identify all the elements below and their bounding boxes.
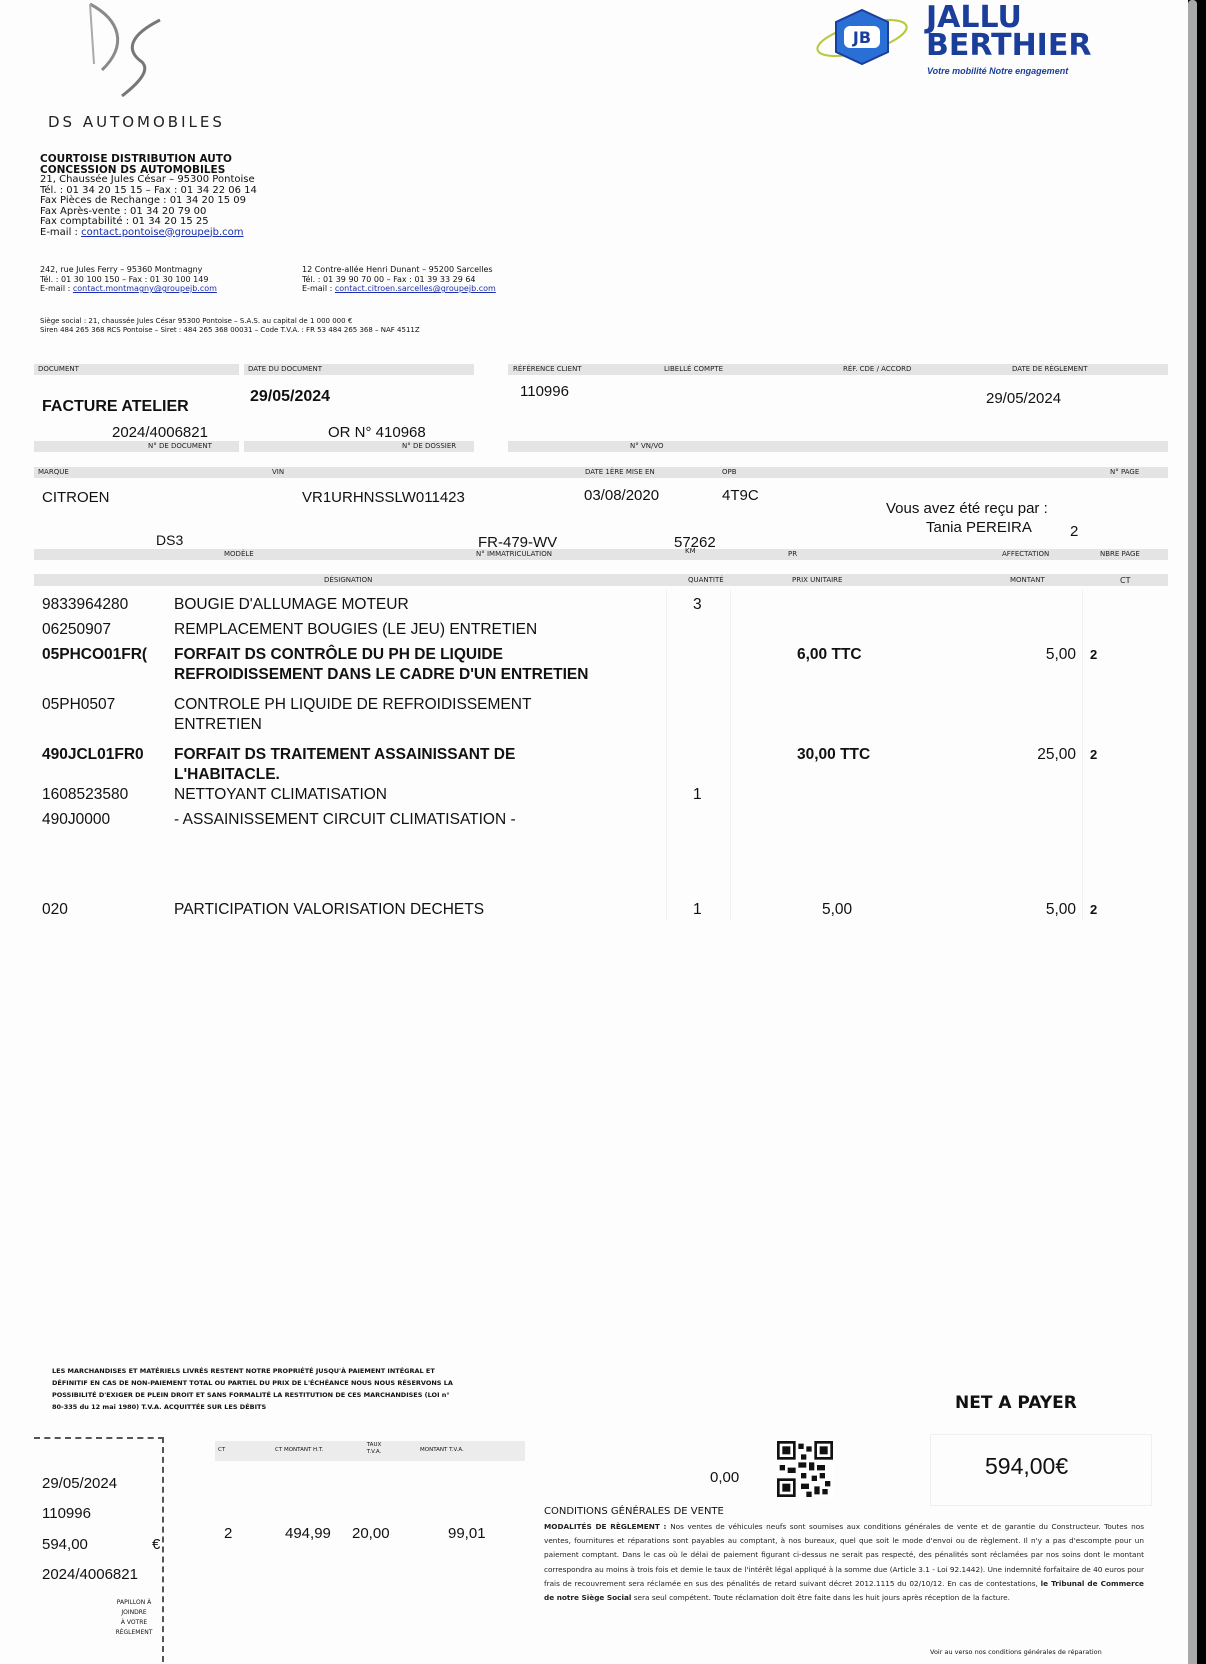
order-number: OR N° 410968 <box>328 424 426 441</box>
reservation-line: 80-335 du 12 mai 1980) T.V.A. ACQUITTÉE … <box>52 1401 453 1413</box>
received-by-name: Tania PEREIRA <box>926 519 1032 536</box>
line-unit-price: 5,00 <box>822 900 852 920</box>
net-to-pay-amount: 594,00€ <box>985 1453 1068 1480</box>
invoice-page: DS AUTOMOBILES JB JALLU BERTHIER Votre m… <box>0 0 1188 1664</box>
line-amount: 25,00 <box>1037 745 1076 765</box>
line-ct: 2 <box>1090 900 1097 920</box>
received-by-label: Vous avez été reçu par : <box>886 500 1048 517</box>
ds-automobiles-brand: DS AUTOMOBILES <box>48 113 225 131</box>
label-page-count: Nbre page <box>1100 549 1140 560</box>
tva-amount: 99,01 <box>448 1525 486 1542</box>
vertical-scrollbar[interactable] <box>1188 0 1197 1664</box>
line-description-2: L'HABITACLE. <box>174 765 280 785</box>
label-payment-date: Date de règlement <box>1012 364 1087 375</box>
line-description: REMPLACEMENT BOUGIES (LE JEU) ENTRETIEN <box>174 620 537 640</box>
line-ref: 020 <box>42 900 68 920</box>
stub-note-line: À VOTRE <box>84 1618 184 1628</box>
label-vin: VIN <box>272 467 284 478</box>
brand-tagline: Votre mobilité Notre engagement <box>927 66 1068 76</box>
reservation-clause: LES MARCHANDISES ET MATÉRIELS LIVRÉS RES… <box>52 1365 453 1413</box>
stub-note: PAPILLON À JOINDRE À VOTRE RÈGLEMENT <box>84 1598 184 1638</box>
line-amount: 5,00 <box>1046 900 1076 920</box>
line-ct: 2 <box>1090 645 1097 665</box>
vehicle-opb: 4T9C <box>722 487 759 504</box>
label-file-number: N° de dossier <box>402 441 456 452</box>
header-unit-price: Prix unitaire <box>792 575 842 586</box>
line-ct: 2 <box>1090 745 1097 765</box>
line-quantity: 1 <box>693 900 702 920</box>
vehicle-model: DS3 <box>156 532 183 548</box>
header-designation: Désignation <box>324 575 372 586</box>
line-description: PARTICIPATION VALORISATION DECHETS <box>174 900 484 920</box>
email-label: E-mail : <box>40 227 81 238</box>
line-ref: 06250907 <box>42 620 111 640</box>
page-number: 2 <box>1070 523 1078 540</box>
stub-note-line: PAPILLON À <box>84 1598 184 1608</box>
stub-amount: 594,00 <box>42 1536 88 1553</box>
company-email-link[interactable]: contact.pontoise@groupejb.com <box>81 227 243 238</box>
label-model: Modèle <box>224 549 254 560</box>
branch-montmagny: 242, rue Jules Ferry – 95360 Montmagny T… <box>40 265 217 294</box>
branch-phone: Tél. : 01 39 90 70 00 – Fax : 01 39 33 2… <box>302 275 496 285</box>
header-quantity: Quantité <box>688 575 724 586</box>
vehicle-brand: CITROEN <box>42 489 110 506</box>
line-ref: 490J0000 <box>42 810 110 830</box>
stub-currency: € <box>152 1536 160 1553</box>
reservation-line: POSSIBILITÉ D'EXIGER DE PLEIN DROIT ET S… <box>52 1389 453 1401</box>
document-date: 29/05/2024 <box>250 388 330 406</box>
tva-base-amount: 494,99 <box>285 1525 331 1542</box>
branch-email-link[interactable]: contact.citroen.sarcelles@groupejb.com <box>335 284 496 293</box>
line-ref: 05PHCO01FR( <box>42 645 147 665</box>
line-ref: 490JCL01FR0 <box>42 745 144 765</box>
legal-line-1: Siège social : 21, chaussée Jules César … <box>40 317 420 326</box>
payment-date: 29/05/2024 <box>986 390 1061 407</box>
email-label: E-mail : <box>302 284 335 293</box>
line-amount: 5,00 <box>1046 645 1076 665</box>
branch-address: 242, rue Jules Ferry – 95360 Montmagny <box>40 265 217 275</box>
line-description: BOUGIE D'ALLUMAGE MOTEUR <box>174 595 409 615</box>
stub-note-line: JOINDRE <box>84 1608 184 1618</box>
label-account: Libellé compte <box>664 364 723 375</box>
ds-logo-icon <box>80 0 170 100</box>
line-unit-price: 6,00 TTC <box>797 645 862 665</box>
tva-header-rate: TAUX T.V.A. <box>360 1442 388 1456</box>
line-ref: 05PH0507 <box>42 695 115 715</box>
verso-note: Voir au verso nos conditions générales d… <box>930 1648 1102 1656</box>
stub-client-ref: 110996 <box>42 1505 91 1522</box>
label-brand: Marque <box>38 467 69 478</box>
brand-line-2: BERTHIER <box>926 32 1091 60</box>
label-first-registration: Date 1ère mise en <box>585 467 655 478</box>
tva-header-amount: MONTANT T.V.A. <box>420 1447 464 1454</box>
label-order-ref: Réf. CDE / Accord <box>843 364 911 375</box>
label-page: N° page <box>1110 467 1139 478</box>
tva-ct: 2 <box>224 1525 232 1542</box>
label-assignment: Affectation <box>1002 549 1049 560</box>
branch-address: 12 Contre-allée Henri Dunant – 95200 Sar… <box>302 265 496 275</box>
line-description: FORFAIT DS CONTRÔLE DU PH DE LIQUIDE <box>174 645 503 665</box>
tva-rate: 20,00 <box>352 1525 390 1542</box>
vehicle-vin: VR1URHNSSLW011423 <box>302 489 465 506</box>
first-registration-date: 03/08/2020 <box>584 487 659 504</box>
branch-email-link[interactable]: contact.montmagny@groupejb.com <box>73 284 217 293</box>
cgv-text: MODALITÉS DE RÈGLEMENT : Nos ventes de v… <box>544 1520 1144 1605</box>
line-ref: 1608523580 <box>42 785 128 805</box>
line-description: NETTOYANT CLIMATISATION <box>174 785 387 805</box>
label-doc-number: N° de document <box>148 441 212 452</box>
branch-phone: Tél. : 01 30 100 150 – Fax : 01 30 100 1… <box>40 275 217 285</box>
company-info: COURTOISE DISTRIBUTION AUTO CONCESSION D… <box>40 154 257 238</box>
label-vn-vo: N° VN/VO <box>630 441 664 452</box>
label-opb: OPB <box>722 467 737 478</box>
stub-note-line: RÈGLEMENT <box>84 1628 184 1638</box>
reservation-line: DÉFINITIF EN CAS DE NON-PAIEMENT TOTAL O… <box>52 1377 453 1389</box>
label-pr: PR <box>788 549 797 560</box>
cgv-title: CONDITIONS GÉNÉRALES DE VENTE <box>544 1506 724 1517</box>
svg-text:JB: JB <box>852 28 871 47</box>
line-description: FORFAIT DS TRAITEMENT ASSAINISSANT DE <box>174 745 515 765</box>
legal-info: Siège social : 21, chaussée Jules César … <box>40 317 420 335</box>
line-description-2: REFROIDISSEMENT DANS LE CADRE D'UN ENTRE… <box>174 665 588 685</box>
line-description-2: ENTRETIEN <box>174 715 262 735</box>
label-plate: N° immatriculation <box>476 549 552 560</box>
stub-doc-number: 2024/4006821 <box>42 1566 138 1583</box>
cgv-tail: sera seul compétent. Toute réclamation d… <box>631 1593 1010 1602</box>
legal-line-2: Siren 484 265 368 RCS Pontoise – Siret :… <box>40 326 420 335</box>
company-name: COURTOISE DISTRIBUTION AUTO <box>40 154 257 165</box>
tva-header-ct: CT <box>218 1447 225 1454</box>
company-fax-parts: Fax Pièces de Rechange : 01 34 20 15 09 <box>40 196 257 207</box>
other-amount: 0,00 <box>710 1469 739 1486</box>
branch-sarcelles: 12 Contre-allée Henri Dunant – 95200 Sar… <box>302 265 496 294</box>
cgv-lead: MODALITÉS DE RÈGLEMENT : <box>544 1522 670 1531</box>
line-quantity: 3 <box>693 595 702 615</box>
label-document: Document <box>38 364 79 375</box>
line-unit-price: 30,00 TTC <box>797 745 870 765</box>
header-amount: Montant <box>1010 575 1045 586</box>
net-to-pay-label: NET A PAYER <box>955 1393 1077 1413</box>
client-ref: 110996 <box>520 383 569 400</box>
label-client-ref: Référence client <box>513 364 582 375</box>
reservation-line: LES MARCHANDISES ET MATÉRIELS LIVRÉS RES… <box>52 1365 453 1377</box>
jallu-berthier-name: JALLU BERTHIER <box>926 4 1091 60</box>
document-type: FACTURE ATELIER <box>42 398 189 416</box>
line-quantity: 1 <box>693 785 702 805</box>
line-description: CONTROLE PH LIQUIDE DE REFROIDISSEMENT <box>174 695 531 715</box>
document-number: 2024/4006821 <box>112 424 208 441</box>
line-description: - ASSAINISSEMENT CIRCUIT CLIMATISATION - <box>174 810 516 830</box>
tva-header-base: CT MONTANT H.T. <box>275 1447 323 1454</box>
stub-date: 29/05/2024 <box>42 1475 117 1492</box>
email-label: E-mail : <box>40 284 73 293</box>
company-address: 21, Chaussée Jules César – 95300 Pontois… <box>40 175 257 186</box>
header-ct: CT <box>1120 575 1130 586</box>
qr-code-icon[interactable] <box>777 1441 833 1497</box>
label-km: KM <box>685 546 696 557</box>
jallu-berthier-logo-icon: JB <box>812 6 912 66</box>
line-ref: 9833964280 <box>42 595 128 615</box>
label-document-date: Date du document <box>248 364 322 375</box>
